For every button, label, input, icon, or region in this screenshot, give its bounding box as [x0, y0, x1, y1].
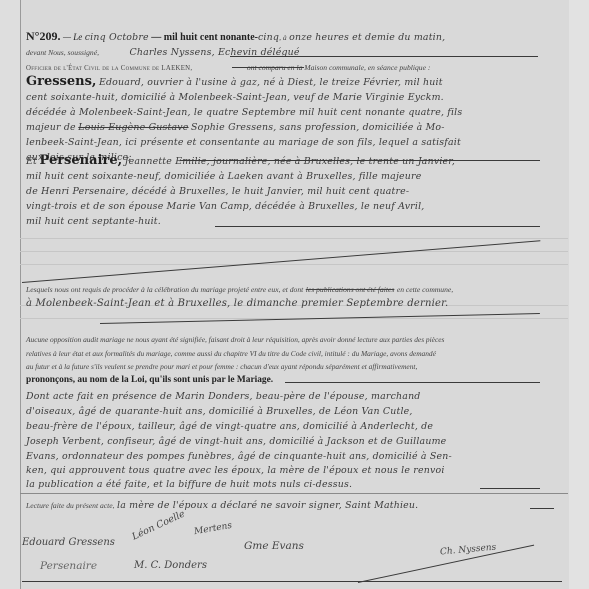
signature-witness-2: M. C. Donders — [134, 560, 207, 571]
requisition-line-1: Lesquels nous ont requis de procéder à l… — [26, 284, 453, 296]
reading-hand: la mère de l'époux a déclaré ne savoir s… — [117, 500, 418, 511]
legal-line-3: au futur et à la future s'ils veulent se… — [26, 361, 417, 373]
legal-line-2: relatives à leur état et aux formalités … — [26, 348, 436, 360]
witness-line-7: la publication a été faite, et la biffur… — [26, 479, 352, 491]
witness-line-5: Evans, ordonnateur des pompes funèbres, … — [26, 451, 452, 463]
groom-surname: Gressens, — [26, 74, 96, 89]
signature-bride: Persenaire — [40, 560, 97, 572]
signature-witness-4: Gme Evans — [244, 540, 304, 552]
groom-line-5: lenbeek-Saint-Jean, ici présente et cons… — [26, 137, 461, 149]
witness-line-3: beau-frère de l'époux, tailleur, âgé de … — [26, 421, 433, 433]
scan-left-margin — [0, 0, 20, 589]
date-day-month: cinq Octobre — [85, 32, 149, 43]
groom-line-4: majeur de Louis Eugène Gustave Sophie Gr… — [26, 122, 445, 134]
bride-line-3: de Henri Persenaire, décédé à Bruxelles,… — [26, 186, 409, 198]
bride-line-4: vingt-trois et de son épouse Marie Van C… — [26, 201, 424, 213]
witness-line-1: Dont acte fait en présence de Marin Dond… — [26, 391, 421, 403]
pronouncement: prononçons, au nom de la Loi, qu'ils son… — [26, 374, 273, 386]
header-line-2: devant Nous, soussigné, Charles Nyssens,… — [26, 47, 300, 59]
witness-line-2: d'oiseaux, âgé de quarante-huit ans, dom… — [26, 406, 413, 418]
bride-surname: Persenaire, — [40, 153, 123, 168]
bride-line-1: Et Persenaire, Jeannette Emilie, journal… — [26, 155, 455, 168]
signature-groom: Edouard Gressens — [22, 537, 115, 548]
reading-line: Lecture faite du présent acte, la mère d… — [26, 500, 418, 512]
struck-publications: les publications ont été faites — [306, 285, 395, 294]
year-hand: cinq — [258, 32, 279, 43]
scan-right-margin — [569, 0, 589, 589]
record-number: N°209. — [26, 29, 60, 43]
requisition-line-2: à Molenbeek-Saint-Jean et à Bruxelles, l… — [26, 298, 448, 310]
groom-line-2: cent soixante-huit, domicilié à Molenbee… — [26, 92, 444, 104]
struck-text: Louis Eugène Gustave — [78, 122, 188, 133]
bride-line-5: mil huit cent septante-huit. — [26, 216, 161, 228]
witness-line-6: ken, qui approuvent tous quatre avec les… — [26, 465, 445, 477]
bride-line-2: mil huit cent soixante-neuf, domiciliée … — [26, 171, 421, 183]
header-line-1: N°209. — Le cinq Octobre — mil huit cent… — [26, 30, 445, 44]
time-hand: onze heures et demie du matin, — [289, 32, 445, 43]
witness-line-4: Joseph Verbent, confiseur, âgé de vingt-… — [26, 436, 446, 448]
legal-line-1: Aucune opposition audit mariage ne nous … — [26, 334, 444, 346]
groom-line-3: décédée à Molenbeek-Saint-Jean, le quatr… — [26, 107, 462, 119]
office-title: Officier de l'État Civil de la Commune d… — [26, 65, 192, 72]
groom-line-1: Gressens, Edouard, ouvrier à l'usine à g… — [26, 76, 443, 89]
